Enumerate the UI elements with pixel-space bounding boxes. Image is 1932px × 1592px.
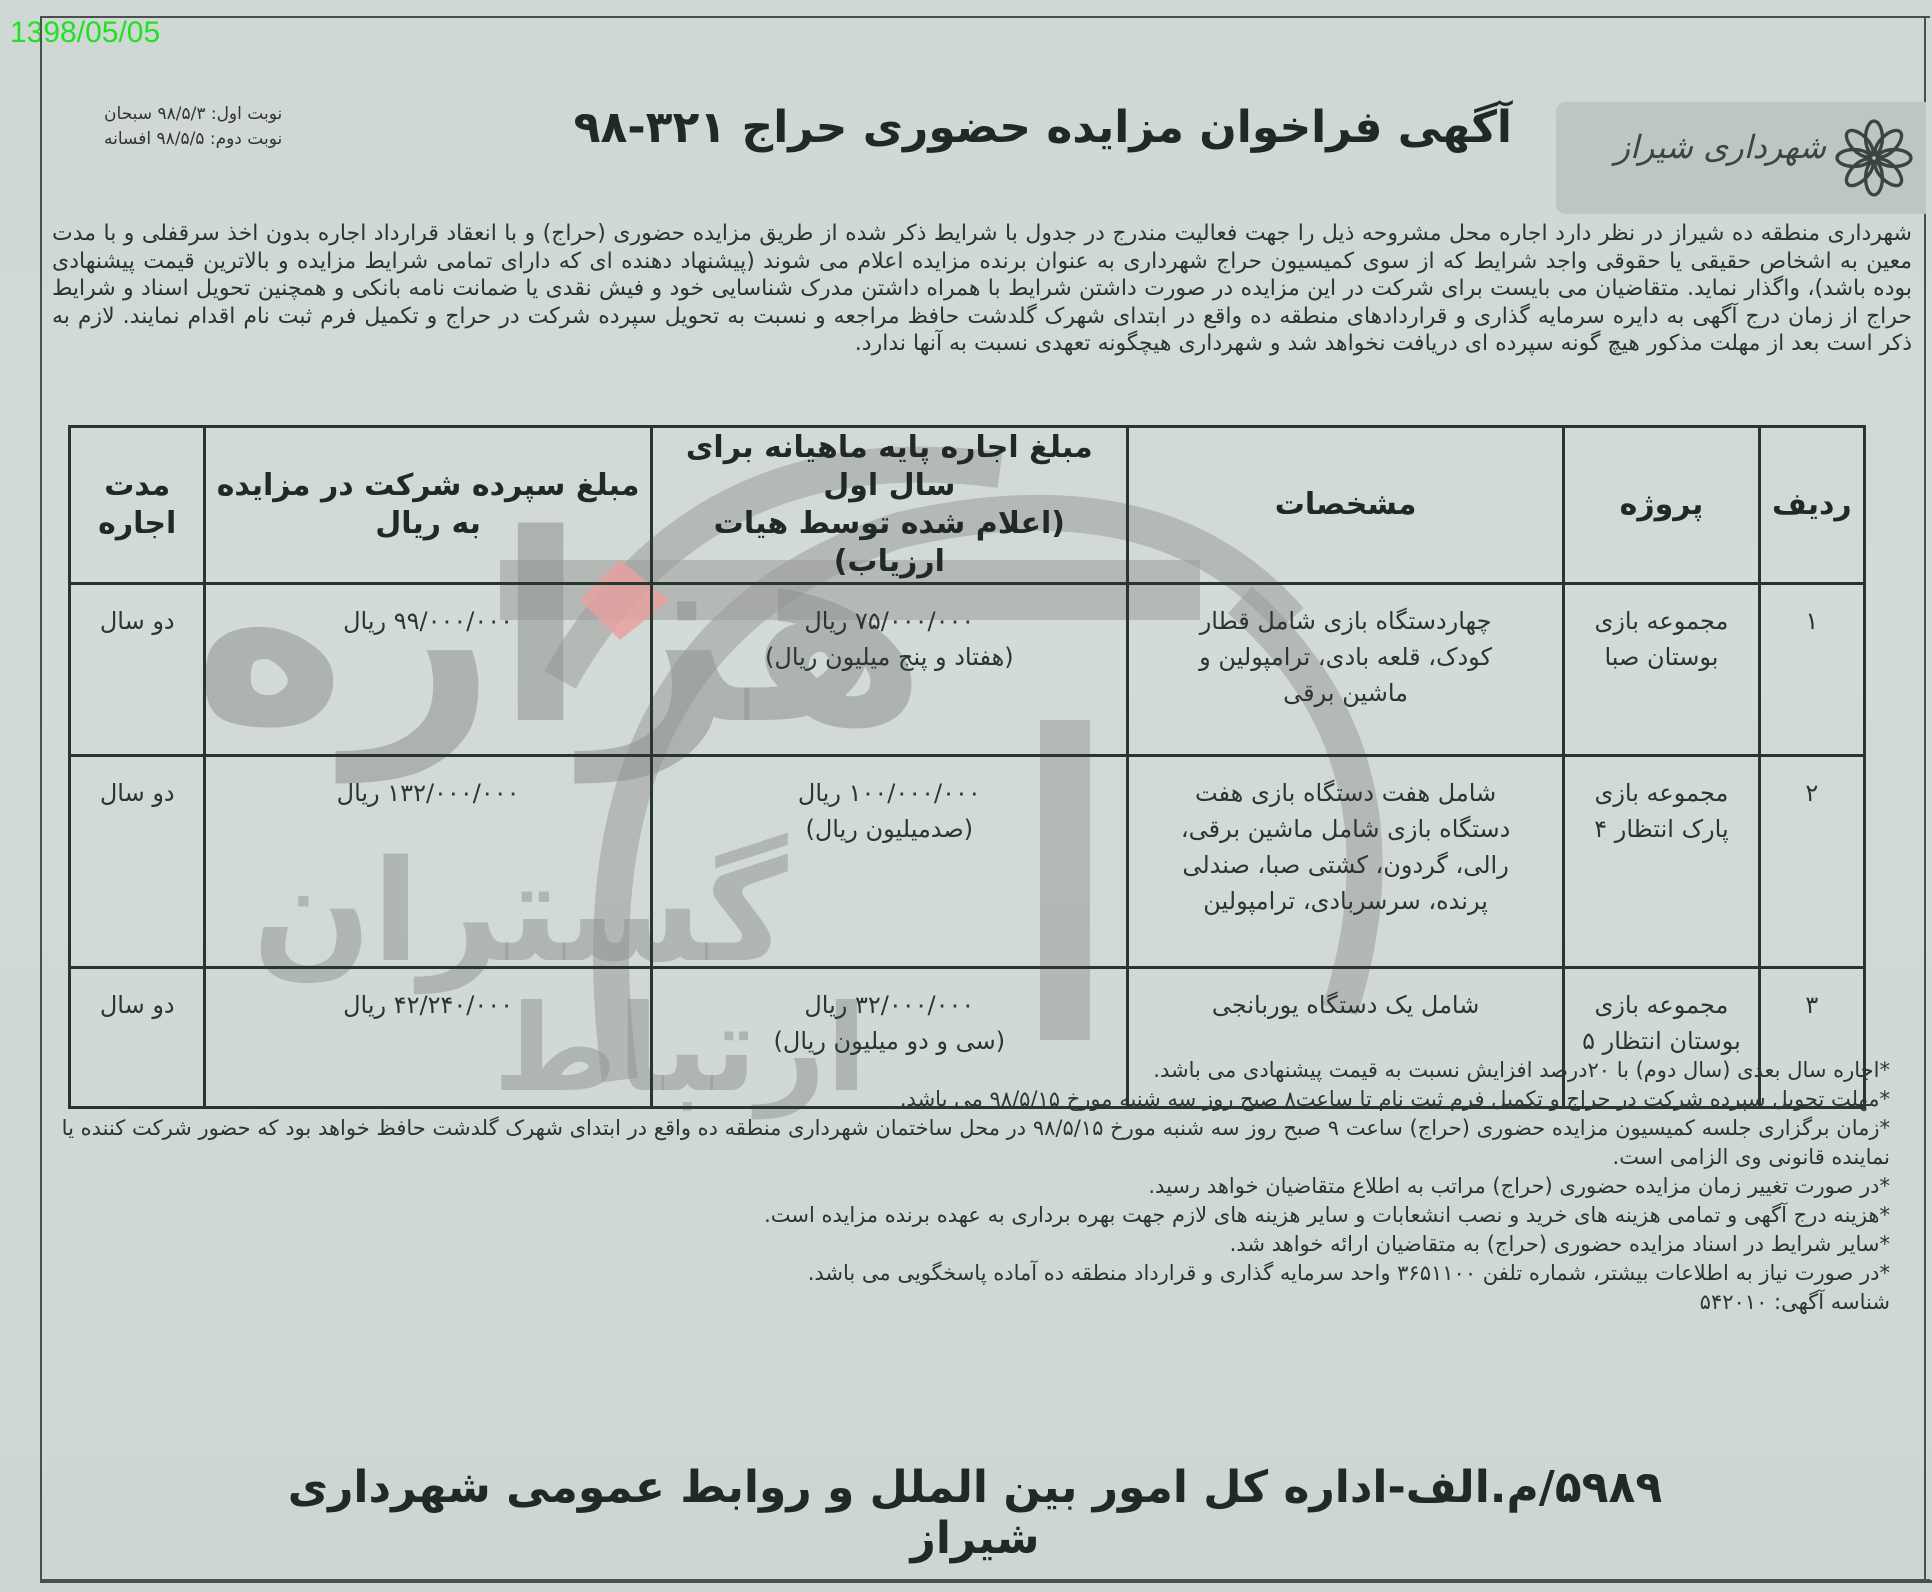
cell-duration: دو سال	[70, 584, 205, 756]
specs-line: چهاردستگاه بازی شامل قطار	[1130, 603, 1561, 639]
bottom-rule	[40, 1580, 1932, 1583]
cell-deposit: ۱۳۲/۰۰۰/۰۰۰ ریال	[205, 756, 651, 968]
rent-words: (سی و دو میلیون ریال)	[654, 1023, 1125, 1059]
note-item: *مهلت تحویل سپرده شرکت در حراج و تکمیل ف…	[30, 1085, 1890, 1114]
specs-line: شامل یک دستگاه یوربانجی	[1130, 987, 1561, 1023]
issue-first: نوبت اول: ۹۸/۵/۳ سبحان	[104, 102, 282, 127]
cell-project: مجموعه بازی پارک انتظار ۴	[1564, 756, 1760, 968]
eight-petal-flower-icon	[1832, 116, 1916, 200]
header-duration-line2: اجاره	[72, 505, 202, 543]
cell-rent: ۱۰۰/۰۰۰/۰۰۰ ریال (صدمیلیون ریال)	[651, 756, 1127, 968]
publication-issues: نوبت اول: ۹۸/۵/۳ سبحان نوبت دوم: ۹۸/۵/۵ …	[104, 102, 282, 152]
logo-text: شهرداری شیراز	[1615, 128, 1827, 166]
header-deposit-line1: مبلغ سپرده شرکت در مزایده	[207, 467, 648, 505]
header-duration-line1: مدت	[72, 467, 202, 505]
specs-line: ماشین برقی	[1130, 675, 1561, 711]
project-line: پارک انتظار ۴	[1566, 811, 1757, 847]
header-idx: ردیف	[1759, 427, 1864, 584]
header-deposit: مبلغ سپرده شرکت در مزایده به ریال	[205, 427, 651, 584]
cell-specs: چهاردستگاه بازی شامل قطار کودک، قلعه باد…	[1127, 584, 1563, 756]
project-line: بوستان انتظار ۵	[1566, 1023, 1757, 1059]
cell-duration: دو سال	[70, 756, 205, 968]
footer-signature: ۵۹۸۹/م.الف-اداره کل امور بین الملل و روا…	[250, 1462, 1700, 1564]
notice-title: آگهی فراخوان مزایده حضوری حراج ۳۲۱-۹۸	[574, 102, 1512, 153]
table-row: ۲ مجموعه بازی پارک انتظار ۴ شامل هفت دست…	[70, 756, 1865, 968]
issue-second: نوبت دوم: ۹۸/۵/۵ افسانه	[104, 127, 282, 152]
rent-words: (هفتاد و پنج میلیون ریال)	[654, 639, 1125, 675]
notes-list: *اجاره سال بعدی (سال دوم) با ۲۰درصد افزا…	[30, 1056, 1890, 1317]
header-deposit-line2: به ریال	[207, 505, 648, 543]
specs-line: شامل هفت دستگاه بازی هفت	[1130, 775, 1561, 811]
note-item: *در صورت نیاز به اطلاعات بیشتر، شماره تل…	[30, 1259, 1890, 1288]
cell-idx: ۱	[1759, 584, 1864, 756]
note-item: *سایر شرایط در اسناد مزایده حضوری (حراج)…	[30, 1230, 1890, 1259]
auction-table: ردیف پروژه مشخصات مبلغ اجاره پایه ماهیان…	[68, 425, 1866, 1109]
table-header-row: ردیف پروژه مشخصات مبلغ اجاره پایه ماهیان…	[70, 427, 1865, 584]
header-rent-line2: (اعلام شده توسط هیات ارزیاب)	[654, 505, 1125, 581]
header-rent-line1: مبلغ اجاره پایه ماهیانه برای سال اول	[654, 429, 1125, 505]
note-item: *در صورت تغییر زمان مزایده حضوری (حراج) …	[30, 1172, 1890, 1201]
rent-amount: ۷۵/۰۰۰/۰۰۰ ریال	[654, 603, 1125, 639]
header-rent: مبلغ اجاره پایه ماهیانه برای سال اول (اع…	[651, 427, 1127, 584]
table-row: ۱ مجموعه بازی بوستان صبا چهاردستگاه بازی…	[70, 584, 1865, 756]
specs-line: پرنده، سرسربادی، ترامپولین	[1130, 883, 1561, 919]
notice-id: شناسه آگهی: ۵۴۲۰۱۰	[30, 1288, 1890, 1317]
header-duration: مدت اجاره	[70, 427, 205, 584]
project-line: مجموعه بازی	[1566, 775, 1757, 811]
shiraz-municipality-logo: شهرداری شیراز	[1556, 102, 1926, 214]
specs-line: دستگاه بازی شامل ماشین برقی،	[1130, 811, 1561, 847]
cell-deposit: ۹۹/۰۰۰/۰۰۰ ریال	[205, 584, 651, 756]
intro-paragraph: شهرداری منطقه ده شیراز در نظر دارد اجاره…	[52, 220, 1912, 358]
header-specs: مشخصات	[1127, 427, 1563, 584]
cell-specs: شامل هفت دستگاه بازی هفت دستگاه بازی شام…	[1127, 756, 1563, 968]
rent-amount: ۱۰۰/۰۰۰/۰۰۰ ریال	[654, 775, 1125, 811]
header-project: پروژه	[1564, 427, 1760, 584]
specs-line: کودک، قلعه بادی، ترامپولین و	[1130, 639, 1561, 675]
specs-line: رالی، گردون، کشتی صبا، صندلی	[1130, 847, 1561, 883]
note-item: *اجاره سال بعدی (سال دوم) با ۲۰درصد افزا…	[30, 1056, 1890, 1085]
note-item: *هزینه درج آگهی و تمامی هزینه های خرید و…	[30, 1201, 1890, 1230]
project-line: بوستان صبا	[1566, 639, 1757, 675]
note-item: *زمان برگزاری جلسه کمیسیون مزایده حضوری …	[30, 1114, 1890, 1172]
rent-words: (صدمیلیون ریال)	[654, 811, 1125, 847]
notice-header: شهرداری شیراز آگهی فراخوان مزایده حضوری …	[44, 92, 1930, 212]
cell-rent: ۷۵/۰۰۰/۰۰۰ ریال (هفتاد و پنج میلیون ریال…	[651, 584, 1127, 756]
project-line: مجموعه بازی	[1566, 603, 1757, 639]
cell-project: مجموعه بازی بوستان صبا	[1564, 584, 1760, 756]
rent-amount: ۳۲/۰۰۰/۰۰۰ ریال	[654, 987, 1125, 1023]
cell-idx: ۲	[1759, 756, 1864, 968]
frame-edge	[1924, 16, 1932, 1581]
project-line: مجموعه بازی	[1566, 987, 1757, 1023]
